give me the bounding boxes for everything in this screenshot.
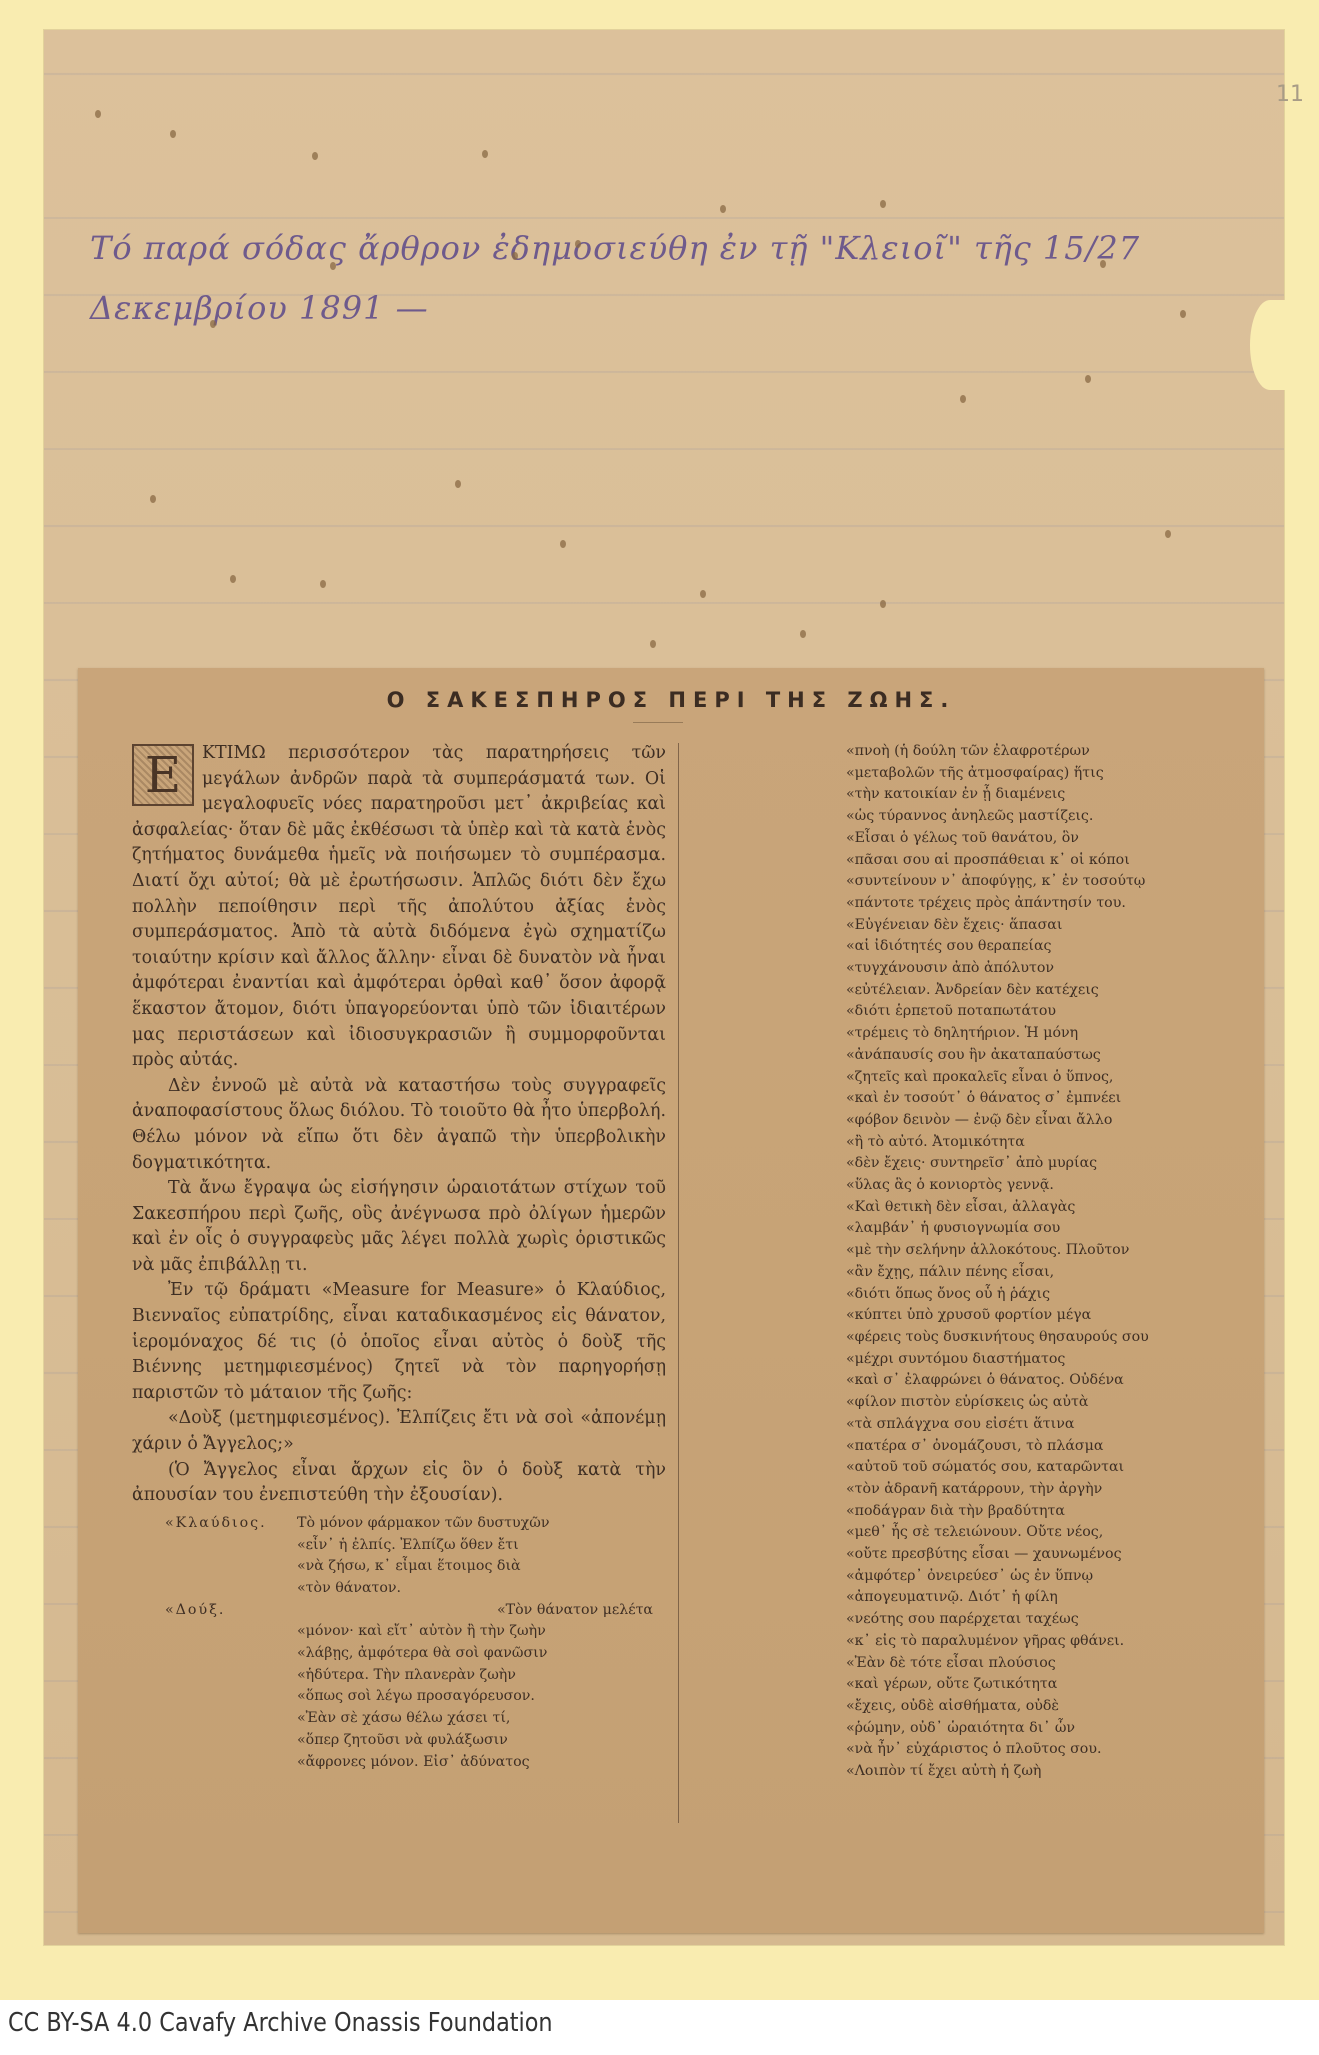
verse-line: «λαμβάν᾽ ἡ φυσιογνωμία σου [846,1218,1246,1240]
verse-line: «νὰ ζήσω, κ᾽ εἶμαι ἕτοιμος διὰ [297,1556,666,1578]
verse-line: «μὲ τὴν σελήνην ἀλλοκότους. Πλοῦτον [846,1240,1246,1262]
verse-line: «διότι ἑρπετοῦ ποταπωτάτου [846,1001,1246,1023]
verse-line: «ὕλας ἃς ὁ κονιορτὸς γεννᾷ. [846,1175,1246,1197]
verse-line: «ὡς τύραννος ἀνηλεῶς μαστίζεις. [846,806,1246,828]
foxing-spot [650,640,656,648]
foxing-spot [880,200,886,208]
verse-line: «ἀνάπαυσίς σου ἣν ἀκαταπαύστως [846,1045,1246,1067]
verse-line: Τὸ μόνον φάρμακον τῶν δυστυχῶν [297,1513,666,1535]
paragraph: (Ὁ Ἄγγελος εἶναι ἄρχων εἰς ὃν ὁ δοὺξ κατ… [132,1458,666,1509]
foxing-spot [720,205,726,213]
foxing-spot [482,150,488,158]
verse-line: «πάντοτε τρέχεις πρὸς ἀπάντησίν του. [846,893,1246,915]
verse-line: «Ἐὰν δὲ τότε εἶσαι πλούσιος [846,1653,1246,1675]
verse-line: «πατέρα σ᾽ ὀνομάζουσι, τὸ πλάσμα [846,1436,1246,1458]
verse-line: «μεθ᾽ ἧς σὲ τελειώνουν. Οὔτε νέος, [846,1522,1246,1544]
verse-line: «δὲν ἔχεις· συντηρεῖσ᾽ ἀπὸ μυρίας [846,1153,1246,1175]
verse-line: «ἄφρονες μόνον. Εἰσ᾽ ἀδύνατος [297,1752,666,1774]
verse-line: «οὔτε πρεσβύτης εἶσαι — χαυνωμένος [846,1544,1246,1566]
foxing-spot [95,110,101,118]
verse-line: «Λοιπὸν τί ἔχει αὐτὴ ἡ ζωὴ [846,1761,1246,1783]
title-rule [633,722,683,723]
verse-line: «νὰ ἦν᾽ εὐχάριστος ὁ πλοῦτος σου. [846,1739,1246,1761]
verse-line: «Εὐγένειαν δὲν ἔχεις· ἅπασαι [846,915,1246,937]
verse-line: «καὶ σ᾽ ἐλαφρώνει ὁ θάνατος. Οὐδένα [846,1370,1246,1392]
folio-number: 11 [1276,82,1304,107]
right-column: «πνοὴ (ἡ δούλη τῶν ἐλαφροτέρων«μεταβολῶν… [846,741,1246,1783]
dialogue-entry: «Κλαύδιος. Τὸ μόνον φάρμακον τῶν δυστυχῶ… [132,1513,666,1600]
verse-line: «ἂν ἔχῃς, πάλιν πένης εἶσαι, [846,1262,1246,1284]
verse-line: «πᾶσαι σου αἱ προσπάθειαι κ᾽ οἱ κόποι [846,850,1246,872]
dialogue-verse: «Κλαύδιος. Τὸ μόνον φάρμακον τῶν δυστυχῶ… [132,1513,666,1773]
verse-line: «τυγχάνουσιν ἀπὸ ἀπόλυτον [846,958,1246,980]
verse-line: «Ἐὰν σὲ χάσω θέλω χάσει τί, [297,1708,666,1730]
verse-line: «Εἶσαι ὁ γέλως τοῦ θανάτου, ὃν [846,828,1246,850]
verse-line: «φίλον πιστὸν εὑρίσκεις ὡς αὐτὰ [846,1392,1246,1414]
handwritten-note: Τό παρά σόδας ἄρθρον ἐδημοσιεύθη ἐν τῇ "… [90,218,1260,338]
verse-lines: «Τὸν θάνατον μελέτα«μόνον· καὶ εἴτ᾽ αὐτὸ… [297,1600,666,1774]
foxing-spot [330,262,336,270]
verse-line: «κύπτει ὑπὸ χρυσοῦ φορτίον μέγα [846,1305,1246,1327]
verse-line: «μεταβολῶν τῆς ἀτμοσφαίρας) ἥτις [846,763,1246,785]
verse-line: «φόβον δεινὸν — ἐνῷ δὲν εἶναι ἄλλο [846,1110,1246,1132]
verse-line: «Τὸν θάνατον μελέτα [297,1600,666,1622]
verse-line: «αἱ ἰδιότητές σου θεραπείας [846,936,1246,958]
verse-line: «τὸν θάνατον. [297,1578,666,1600]
verse-line: «τρέμεις τὸ δηλητήριον. Ἡ μόνη [846,1023,1246,1045]
verse-line: «ὅπερ ζητοῦσι νὰ φυλάξωσιν [297,1730,666,1752]
foxing-spot [960,395,966,403]
verse-line: «φέρεις τοὺς δυσκινήτους θησαυρούς σου [846,1327,1246,1349]
foxing-spot [320,580,326,588]
foxing-spot [1085,375,1091,383]
verse-line: «ἢ τὸ αὐτό. Ἀτομικότητα [846,1132,1246,1154]
left-column: ΕΚΤΙΜΩ περισσότερον τὰς παρατηρήσεις τῶν… [132,741,666,1773]
verse-line: «ἔχεις, οὐδὲ αἰσθήματα, οὐδὲ [846,1696,1246,1718]
verse-line: «ὅπως σοὶ λέγω προσαγόρευσον. [297,1686,666,1708]
verse-line: «μόνον· καὶ εἴτ᾽ αὐτὸν ἢ τὴν ζωὴν [297,1621,666,1643]
foxing-spot [560,540,566,548]
verse-line: «μέχρι συντόμου διαστήματος [846,1349,1246,1371]
verse-line: «νεότης σου παρέρχεται ταχέως [846,1609,1246,1631]
foxing-spot [512,252,518,260]
verse-line: «ποδάγραν διὰ τὴν βραδύτητα [846,1501,1246,1523]
foxing-spot [312,152,318,160]
verse-line: «διότι ὅπως ὄνος οὗ ἡ ῥάχις [846,1284,1246,1306]
handwritten-line: Τό παρά σόδας ἄρθρον ἐδημοσιεύθη ἐν τῇ "… [90,218,1260,278]
verse-line: «τὰ σπλάγχνα σου εἰσέτι ἅτινα [846,1414,1246,1436]
verse-line: «εἶν᾽ ἡ ἐλπίς. Ἐλπίζω ὅθεν ἔτι [297,1535,666,1557]
foxing-spot [150,495,156,503]
footer: CC BY-SA 4.0 Cavafy Archive Onassis Foun… [0,2000,1319,2055]
license-credit: CC BY-SA 4.0 Cavafy Archive Onassis Foun… [8,2008,553,2038]
ornamental-initial-icon: Ε [132,744,194,806]
paragraph: Ἐν τῷ δράματι «Measure for Measure» ὁ Κλ… [132,1278,666,1406]
verse-line: «αὐτοῦ τοῦ σώματός σου, καταρῶνται [846,1457,1246,1479]
article-title: Ο ΣΑΚΕΣΠΗΡΟΣ ΠΕΡΙ ΤΗΣ ΖΩΗΣ. [78,688,1264,712]
foxing-spot [170,130,176,138]
foxing-spot [700,590,706,598]
verse-line: «ζητεῖς καὶ προκαλεῖς εἶναι ὁ ὕπνος, [846,1067,1246,1089]
foxing-spot [230,575,236,583]
foxing-spot [1100,260,1106,268]
verse-line: «εὐτέλειαν. Ἀνδρείαν δὲν κατέχεις [846,980,1246,1002]
verse-lines: Τὸ μόνον φάρμακον τῶν δυστυχῶν«εἶν᾽ ἡ ἐλ… [297,1513,666,1600]
verse-line: «κ᾽ εἰς τὸ παραλυμένον γῆρας φθάνει. [846,1631,1246,1653]
speaker-name: «Δούξ. [132,1600,297,1774]
verse-line: «ῥώμην, οὐδ᾽ ὡραιότητα δι᾽ ὧν [846,1718,1246,1740]
newspaper-clipping: Ο ΣΑΚΕΣΠΗΡΟΣ ΠΕΡΙ ΤΗΣ ΖΩΗΣ. ΕΚΤΙΜΩ περισ… [78,668,1264,1933]
verse-line: «ἀπογευματινῷ. Διότ᾽ ἡ φίλη [846,1587,1246,1609]
verse-line: «καὶ γέρων, οὔτε ζωτικότητα [846,1674,1246,1696]
column-divider [678,743,679,1823]
foxing-spot [1180,310,1186,318]
handwritten-line: Δεκεμβρίου 1891 — [90,278,1260,338]
verse-line: «ἡδύτερα. Τὴν πλανερὰν ζωὴν [297,1665,666,1687]
verse-line: «πνοὴ (ἡ δούλη τῶν ἐλαφροτέρων [846,741,1246,763]
foxing-spot [800,630,806,638]
verse-line: «τὴν κατοικίαν ἐν ᾗ διαμένεις [846,784,1246,806]
verse-line: «τὸν ἀδρανῆ κατάρρουν, τὴν ἀργὴν [846,1479,1246,1501]
speaker-name: «Κλαύδιος. [132,1513,297,1600]
verse-line: «καὶ ἐν τοσούτ᾽ ὁ θάνατος σ᾽ ἐμπνέει [846,1088,1246,1110]
paragraph: Δὲν ἐννοῶ μὲ αὐτὰ νὰ καταστήσω τοὺς συγγ… [132,1074,666,1176]
paragraph: ΕΚΤΙΜΩ περισσότερον τὰς παρατηρήσεις τῶν… [132,741,666,1074]
foxing-spot [1165,530,1171,538]
verse-line: «συντείνουν ν᾽ ἀποφύγῃς, κ᾽ ἐν τοσούτῳ [846,871,1246,893]
quote-paragraph: «Δοὺξ (μετημφιεσμένος). Ἐλπίζεις ἔτι νὰ … [132,1406,666,1457]
verse-line: «Καὶ θετικὴ δὲν εἶσαι, ἀλλαγὰς [846,1197,1246,1219]
paragraph: Τὰ ἄνω ἔγραψα ὡς εἰσήγησιν ὡραιοτάτων στ… [132,1176,666,1278]
foxing-spot [880,600,886,608]
foxing-spot [455,480,461,488]
dialogue-entry: «Δούξ. «Τὸν θάνατον μελέτα«μόνον· καὶ εἴ… [132,1600,666,1774]
foxing-spot [210,320,216,328]
verse-line: «ἀμφότερ᾽ ὀνειρεύεσ᾽ ὡς ἐν ὕπνῳ [846,1566,1246,1588]
verse-line: «λάβῃς, ἀμφότερα θὰ σοὶ φανῶσιν [297,1643,666,1665]
foxing-spot [575,240,581,248]
